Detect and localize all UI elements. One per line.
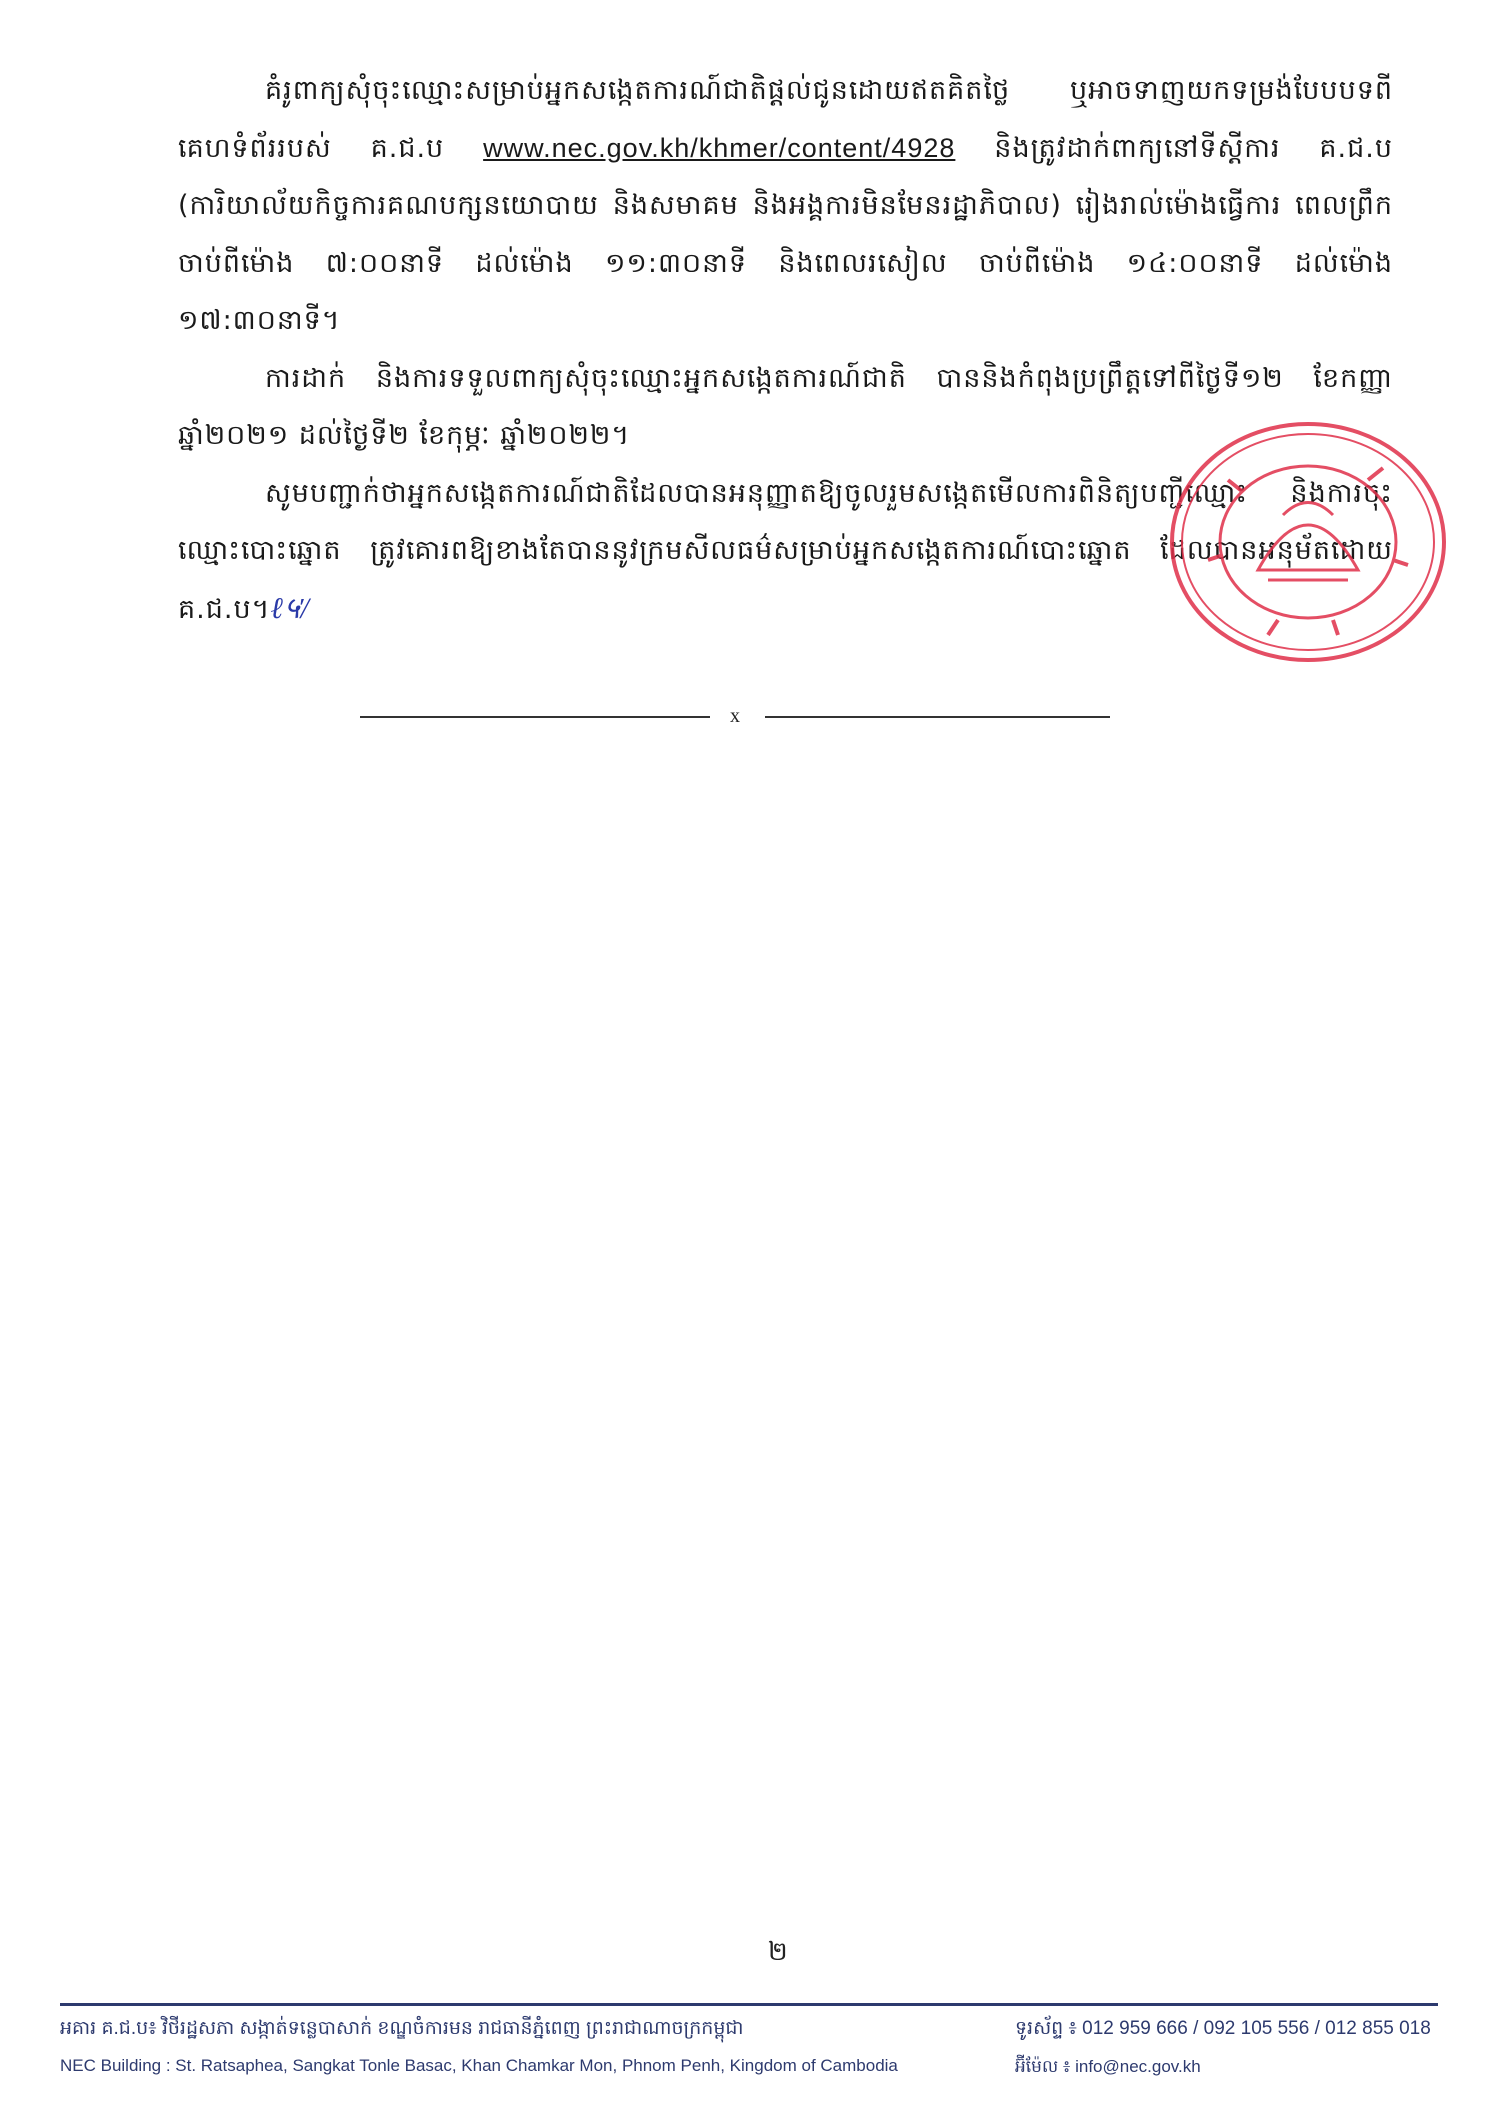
footer-divider bbox=[60, 2003, 1438, 2006]
nec-content-link[interactable]: www.nec.gov.kh/khmer/content/4928 bbox=[483, 133, 955, 163]
footer-phone: ទូរស័ព្ទ ៖ 012 959 666 / 092 105 556 / 0… bbox=[1015, 2016, 1431, 2044]
separator-line-left bbox=[360, 716, 710, 718]
handwritten-initials: ℓ५ᡃ/ bbox=[270, 592, 308, 625]
paragraph-text: ការដាក់ និងការទទួលពាក្យសុំចុះឈ្មោះអ្នកសង… bbox=[178, 363, 1393, 452]
separator-line-right bbox=[765, 716, 1110, 718]
page-number: ២ bbox=[768, 1935, 788, 1973]
separator-mark: x bbox=[730, 705, 740, 728]
paragraph-code-of-conduct: សូមបញ្ជាក់ថាអ្នកសង្កេតការណ៍ជាតិដែលបានអនុ… bbox=[178, 465, 1393, 639]
paragraph-text: សូមបញ្ជាក់ថាអ្នកសង្កេតការណ៍ជាតិដែលបានអនុ… bbox=[178, 478, 1393, 625]
document-page: គំរូពាក្យសុំចុះឈ្មោះសម្រាប់អ្នកសង្កេតការ… bbox=[0, 0, 1500, 2122]
section-separator: x bbox=[0, 705, 1500, 729]
paragraph-submission-period: ការដាក់ និងការទទួលពាក្យសុំចុះឈ្មោះអ្នកសង… bbox=[178, 350, 1393, 465]
footer-address-khmer: អគារ គ.ជ.ប៖ វិថីរដ្ឋសភា សង្កាត់ទន្លេបាសា… bbox=[60, 2016, 743, 2044]
paragraph-registration-form: គំរូពាក្យសុំចុះឈ្មោះសម្រាប់អ្នកសង្កេតការ… bbox=[178, 62, 1393, 350]
footer-address-english: NEC Building : St. Ratsaphea, Sangkat To… bbox=[60, 2056, 898, 2076]
footer-email[interactable]: អ៊ីម៉ែល ៖ info@nec.gov.kh bbox=[1015, 2056, 1201, 2081]
document-body: គំរូពាក្យសុំចុះឈ្មោះសម្រាប់អ្នកសង្កេតការ… bbox=[178, 62, 1393, 638]
